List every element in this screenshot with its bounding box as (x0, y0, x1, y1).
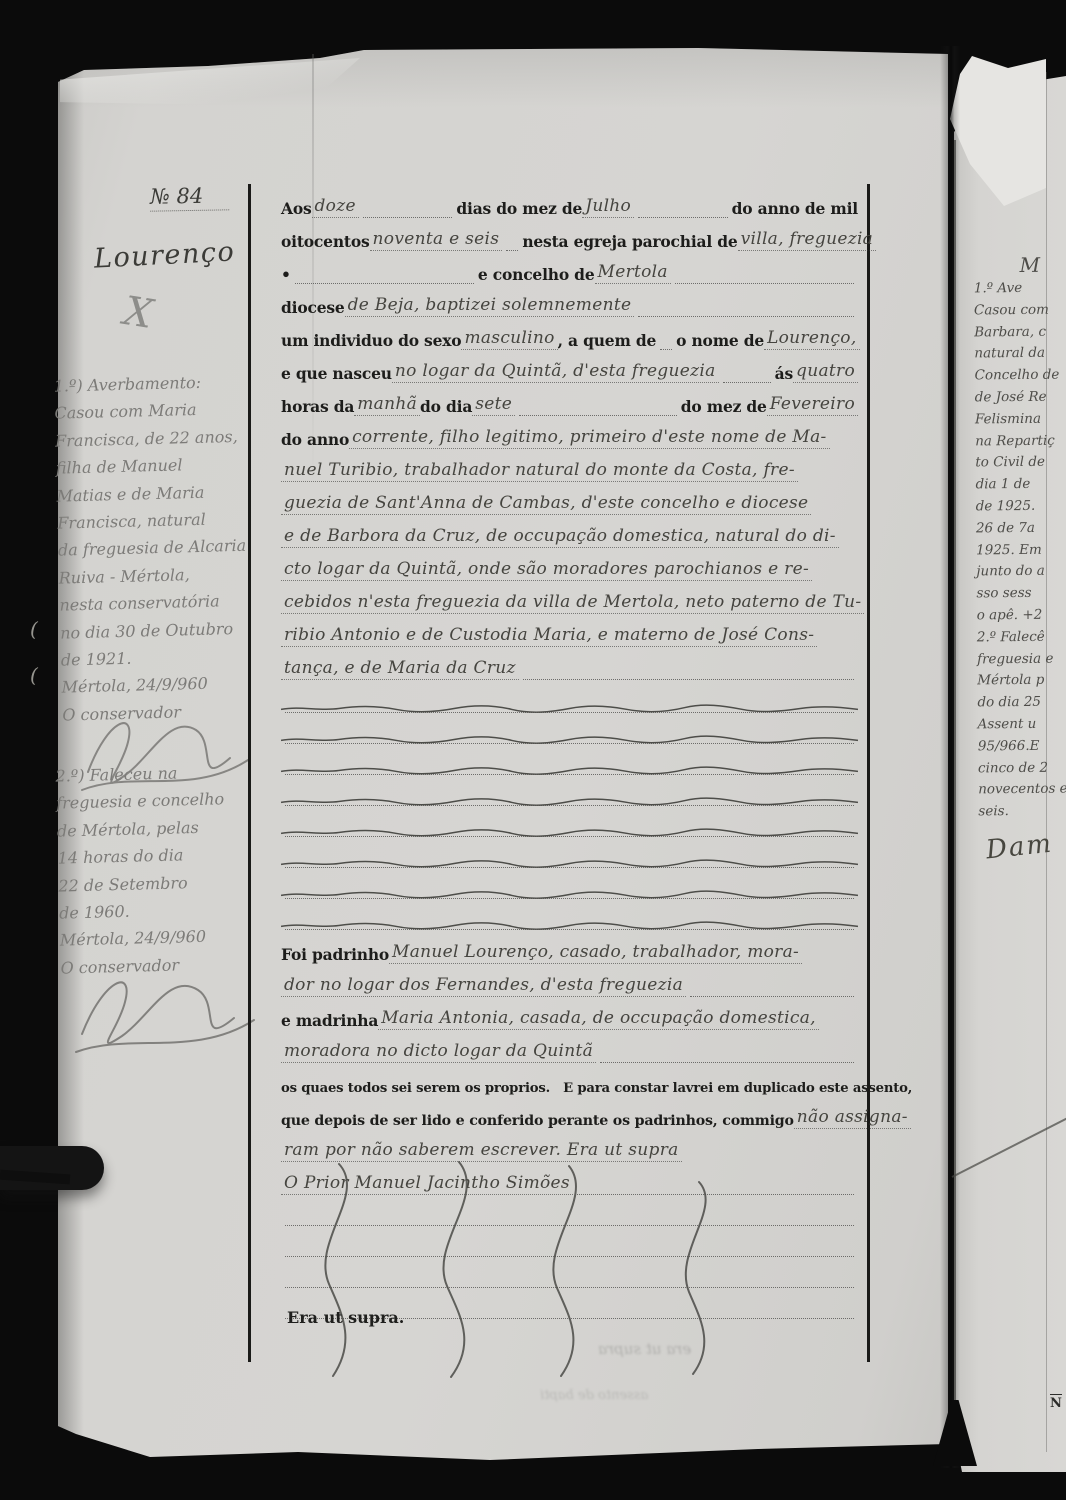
handwritten-note-line: 95/966.E (978, 735, 1066, 758)
handwritten-note-line: seis. (978, 801, 1066, 824)
handwritten-text: ram por não saberem escrever. Era ut sup… (281, 1141, 682, 1162)
form-line: dor no logar dos Fernandes, d'esta fregu… (281, 969, 858, 1002)
handwritten-text: Fevereiro (767, 395, 858, 416)
form-line: cebidos n'esta freguezia da villa de Mer… (281, 586, 858, 619)
handwritten-text: nuel Turibio, trabalhador natural do mon… (281, 461, 798, 482)
dotted-rule (638, 314, 854, 317)
handwritten-text: corrente, filho legitimo, primeiro d'est… (349, 428, 829, 449)
dotted-rule (660, 347, 672, 350)
dotted-rule (675, 281, 854, 284)
printed-text: • (281, 266, 291, 284)
handwritten-text: tança, e de Maria da Cruz (281, 659, 519, 680)
form-line: um individuo do sexomasculino, a quem de… (281, 322, 858, 355)
strike-squiggle-icon (281, 795, 858, 808)
handwritten-note-line: da freguesia de Alcaria (58, 532, 259, 565)
strike-squiggle-icon (281, 857, 858, 870)
handwritten-text: doze (312, 197, 359, 218)
printed-text: nesta egreja parochial de (522, 233, 737, 251)
printed-text: , a quem de (558, 332, 657, 350)
printed-text: diocese (281, 299, 345, 317)
death-annotation: 2.º) Faleceu nafreguesia e concelhode Mé… (55, 757, 261, 981)
printed-text: e concelho de (478, 266, 595, 284)
form-line: ribio Antonio e de Custodia Maria, e mat… (281, 619, 858, 652)
voided-line (281, 687, 858, 718)
form-line: diocesede Beja, baptizei solemnemente (281, 289, 858, 322)
handwritten-text: cto logar da Quintã, onde são moradores … (281, 560, 812, 581)
next-page-annotations: M1.º AveCasou comBarbara, cnatural daCon… (974, 252, 1066, 824)
handwritten-note-line: 26 de 7a (976, 517, 1066, 540)
handwritten-note-line: cinco de 2 (978, 757, 1066, 780)
voided-line (281, 811, 858, 842)
handwritten-note-line: M (974, 252, 1066, 279)
handwritten-note-line: Assent u (978, 714, 1066, 737)
book-gutter-line (954, 140, 956, 1450)
dotted-rule (506, 248, 518, 251)
handwritten-text: quatro (793, 362, 858, 383)
strike-squiggle-icon (281, 826, 858, 839)
handwritten-note-line: ( (30, 652, 38, 698)
conservator-signature-icon (70, 956, 260, 1066)
handwritten-text: guezia de Sant'Anna de Cambas, d'este co… (281, 494, 811, 515)
handwritten-text: villa, freguezia (738, 230, 877, 251)
dotted-rule (523, 677, 854, 680)
handwritten-text: sete (472, 395, 515, 416)
handwritten-note-line: Francisca, de 22 anos, (55, 422, 256, 455)
printed-text: Aos (281, 200, 312, 218)
handwritten-text: Maria Antonia, casada, de occupação dome… (378, 1009, 819, 1030)
form-line: do annocorrente, filho legitimo, primeir… (281, 421, 858, 454)
handwritten-note-line: 1925. Em (976, 539, 1066, 562)
printed-text: do dia (420, 398, 472, 416)
handwritten-text: moradora no dicto logar da Quintã (281, 1042, 596, 1063)
handwritten-note-line: sso sess (976, 583, 1066, 606)
dotted-rule (638, 215, 728, 218)
printed-text: que depois de ser lido e conferido peran… (281, 1113, 794, 1129)
era-ut-supra-printed: Era ut supra. (287, 1308, 404, 1327)
strike-squiggle-icon (281, 764, 858, 777)
record-number: № 84 (150, 183, 230, 211)
voided-blank-lines (281, 687, 858, 935)
printed-text: horas da (281, 398, 354, 416)
dotted-rule (690, 994, 854, 997)
handwritten-note-line: natural da (974, 343, 1066, 366)
handwritten-note-line: na Repartiç (975, 430, 1066, 453)
form-line: tança, e de Maria da Cruz (281, 652, 858, 685)
record-body: Aosdozedias do mez deJulhodo anno de mil… (281, 190, 858, 685)
voided-line (281, 904, 858, 935)
form-line: Aosdozedias do mez deJulhodo anno de mil (281, 190, 858, 223)
printed-text: oitocentos (281, 233, 370, 251)
handwritten-note-line: no dia 30 de Outubro (60, 614, 261, 647)
handwritten-note-line: Mértola p (977, 670, 1066, 693)
form-line: Foi padrinhoManuel Lourenço, casado, tra… (281, 936, 858, 969)
voided-line (281, 873, 858, 904)
voided-line (281, 842, 858, 873)
handwritten-text: Manuel Lourenço, casado, trabalhador, mo… (389, 943, 802, 964)
handwritten-text: noventa e seis (370, 230, 503, 251)
handwritten-note-line: junto do a (976, 561, 1066, 584)
printed-text: dias do mez de (456, 200, 582, 218)
next-page-number-mark: N (1050, 1394, 1062, 1411)
bleed-through-text: assento de bapti (540, 1388, 648, 1403)
handwritten-note-line: to Civil de (975, 452, 1066, 475)
printed-text: do mez de (681, 398, 767, 416)
strike-squiggle-icon (281, 733, 858, 746)
handwritten-note-line: 2.º Falecê (977, 626, 1066, 649)
form-line: guezia de Sant'Anna de Cambas, d'este co… (281, 487, 858, 520)
handwritten-text: ribio Antonio e de Custodia Maria, e mat… (281, 626, 817, 647)
voided-line (281, 718, 858, 749)
dotted-rule (363, 215, 453, 218)
handwritten-text: manhã (354, 395, 420, 416)
form-line: horas damanhãdo diasetedo mez deFevereir… (281, 388, 858, 421)
handwritten-text: Lourenço, (764, 329, 859, 350)
bleed-through-text: era ut supra (598, 1340, 691, 1358)
strike-squiggle-icon (281, 702, 858, 715)
dotted-rule (519, 413, 677, 416)
form-line: cto logar da Quintã, onde são moradores … (281, 553, 858, 586)
handwritten-text: masculino (461, 329, 557, 350)
form-line: •e concelho deMertola (281, 256, 858, 289)
marriage-annotation: 1.º) Averbamento:Casou com MariaFrancisc… (53, 367, 262, 728)
handwritten-note-line: 1.º Ave (974, 278, 1066, 301)
strike-squiggle-icon (281, 888, 858, 901)
voided-line (281, 749, 858, 780)
printed-text: do anno de mil (732, 200, 858, 218)
godparents-and-closing: Foi padrinhoManuel Lourenço, casado, tra… (281, 936, 858, 1200)
handwritten-note-line: do dia 25 (977, 692, 1066, 715)
handwritten-note-line: novecentos e (978, 779, 1066, 802)
scanned-register-page: № 84 Lourenço X 1.º) Averbamento:Casou c… (0, 0, 1066, 1500)
handwritten-text: no logar da Quintã, d'esta freguezia (392, 362, 719, 383)
handwritten-note-line: freguesia e (977, 648, 1066, 671)
dotted-rule (723, 380, 771, 383)
strike-squiggle-icon (281, 919, 858, 932)
book-gutter-shadow (940, 46, 960, 1468)
handwritten-text: Mertola (595, 263, 671, 284)
printed-text: Foi padrinho (281, 946, 389, 964)
printed-text: e que nasceu (281, 365, 392, 383)
printed-text: e madrinha (281, 1012, 378, 1030)
handwritten-text: dor no logar dos Fernandes, d'esta fregu… (281, 976, 686, 997)
handwritten-text: e de Barbora da Cruz, de occupação domes… (281, 527, 839, 548)
handwritten-note-line: Barbara, c (974, 321, 1066, 344)
handwritten-note-line: o apê. +2 (977, 605, 1066, 628)
form-line: ram por não saberem escrever. Era ut sup… (281, 1134, 858, 1167)
handwritten-text: de Beja, baptizei solemnemente (345, 296, 635, 317)
form-line: moradora no dicto logar da Quintã (281, 1035, 858, 1068)
form-line: e de Barbora da Cruz, de occupação domes… (281, 520, 858, 553)
printed-text: um individuo do sexo (281, 332, 461, 350)
voided-line (281, 780, 858, 811)
handwritten-note-line: dia 1 de (975, 474, 1066, 497)
handwritten-note-line: Felismina (975, 408, 1066, 431)
pencil-marks: (( (30, 606, 38, 698)
handwritten-text: não assigna- (794, 1108, 911, 1129)
form-line: e madrinhaMaria Antonia, casada, de occu… (281, 1002, 858, 1035)
dotted-rule (295, 281, 474, 284)
dotted-rule (600, 1060, 854, 1063)
baptism-record-form: Aosdozedias do mez deJulhodo anno de mil… (248, 184, 870, 1362)
handwritten-note-line: Casou com (974, 299, 1066, 322)
handwritten-note-line: de José Re (975, 387, 1066, 410)
printed-text: os quaes todos sei serem os proprios. E … (281, 1081, 912, 1096)
printed-text: o nome de (676, 332, 764, 350)
handwritten-note-line: Concelho de (974, 365, 1066, 388)
handwritten-text: Julho (582, 197, 634, 218)
form-line: que depois de ser lido e conferido peran… (281, 1101, 858, 1134)
handwritten-note-line: de 1925. (976, 496, 1066, 519)
form-line: e que nasceuno logar da Quintã, d'esta f… (281, 355, 858, 388)
handwritten-text: cebidos n'esta freguezia da villa de Mer… (281, 593, 864, 614)
binding-clip (0, 1146, 104, 1190)
handwritten-note-line: ( (30, 606, 38, 652)
printed-text: ás (775, 365, 793, 383)
form-line: nuel Turibio, trabalhador natural do mon… (281, 454, 858, 487)
form-line: oitocentosnoventa e seisnesta egreja par… (281, 223, 858, 256)
form-line: os quaes todos sei serem os proprios. E … (281, 1068, 858, 1101)
printed-text: do anno (281, 431, 349, 449)
